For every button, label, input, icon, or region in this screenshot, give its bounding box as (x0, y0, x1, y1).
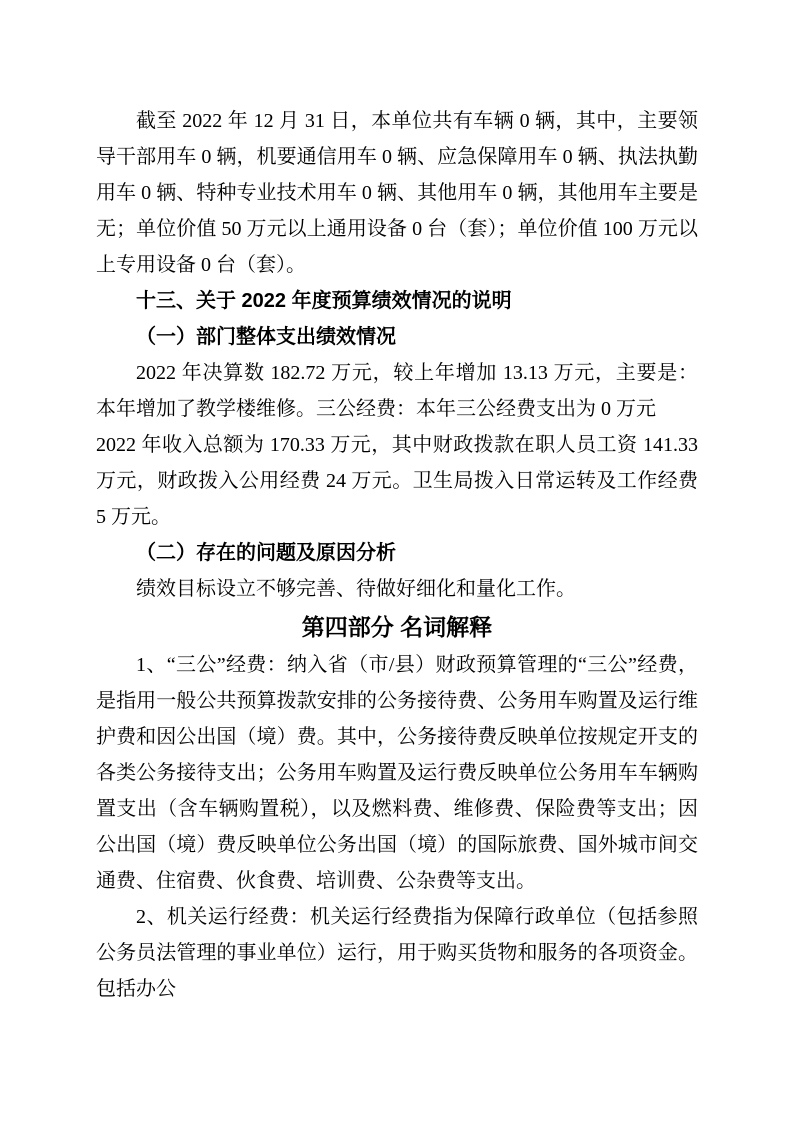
document-content: 截至 2022 年 12 月 31 日，本单位共有车辆 0 辆，其中，主要领导干… (96, 103, 698, 1007)
document-page: 截至 2022 年 12 月 31 日，本单位共有车辆 0 辆，其中，主要领导干… (0, 0, 793, 1122)
subsection-1-heading: （一）部门整体支出绩效情况 (96, 319, 698, 355)
paragraph-performance: 2022 年决算数 182.72 万元，较上年增加 13.13 万元，主要是：本… (96, 355, 698, 427)
paragraph-term-operating-funds: 2、机关运行经费：机关运行经费指为保障行政单位（包括参照公务员法管理的事业单位）… (96, 899, 698, 1007)
paragraph-problems: 绩效目标设立不够完善、待做好细化和量化工作。 (96, 571, 698, 607)
paragraph-income: 2022 年收入总额为 170.33 万元，其中财政拨款在职人员工资 141.3… (96, 427, 698, 535)
part-4-title: 第四部分 名词解释 (96, 607, 698, 647)
subsection-2-heading: （二）存在的问题及原因分析 (96, 535, 698, 571)
paragraph-vehicle-summary: 截至 2022 年 12 月 31 日，本单位共有车辆 0 辆，其中，主要领导干… (96, 103, 698, 283)
section-13-heading: 十三、关于 2022 年度预算绩效情况的说明 (96, 283, 698, 319)
paragraph-term-sangong: 1、“三公”经费：纳入省（市/县）财政预算管理的“三公”经费，是指用一般公共预算… (96, 647, 698, 899)
